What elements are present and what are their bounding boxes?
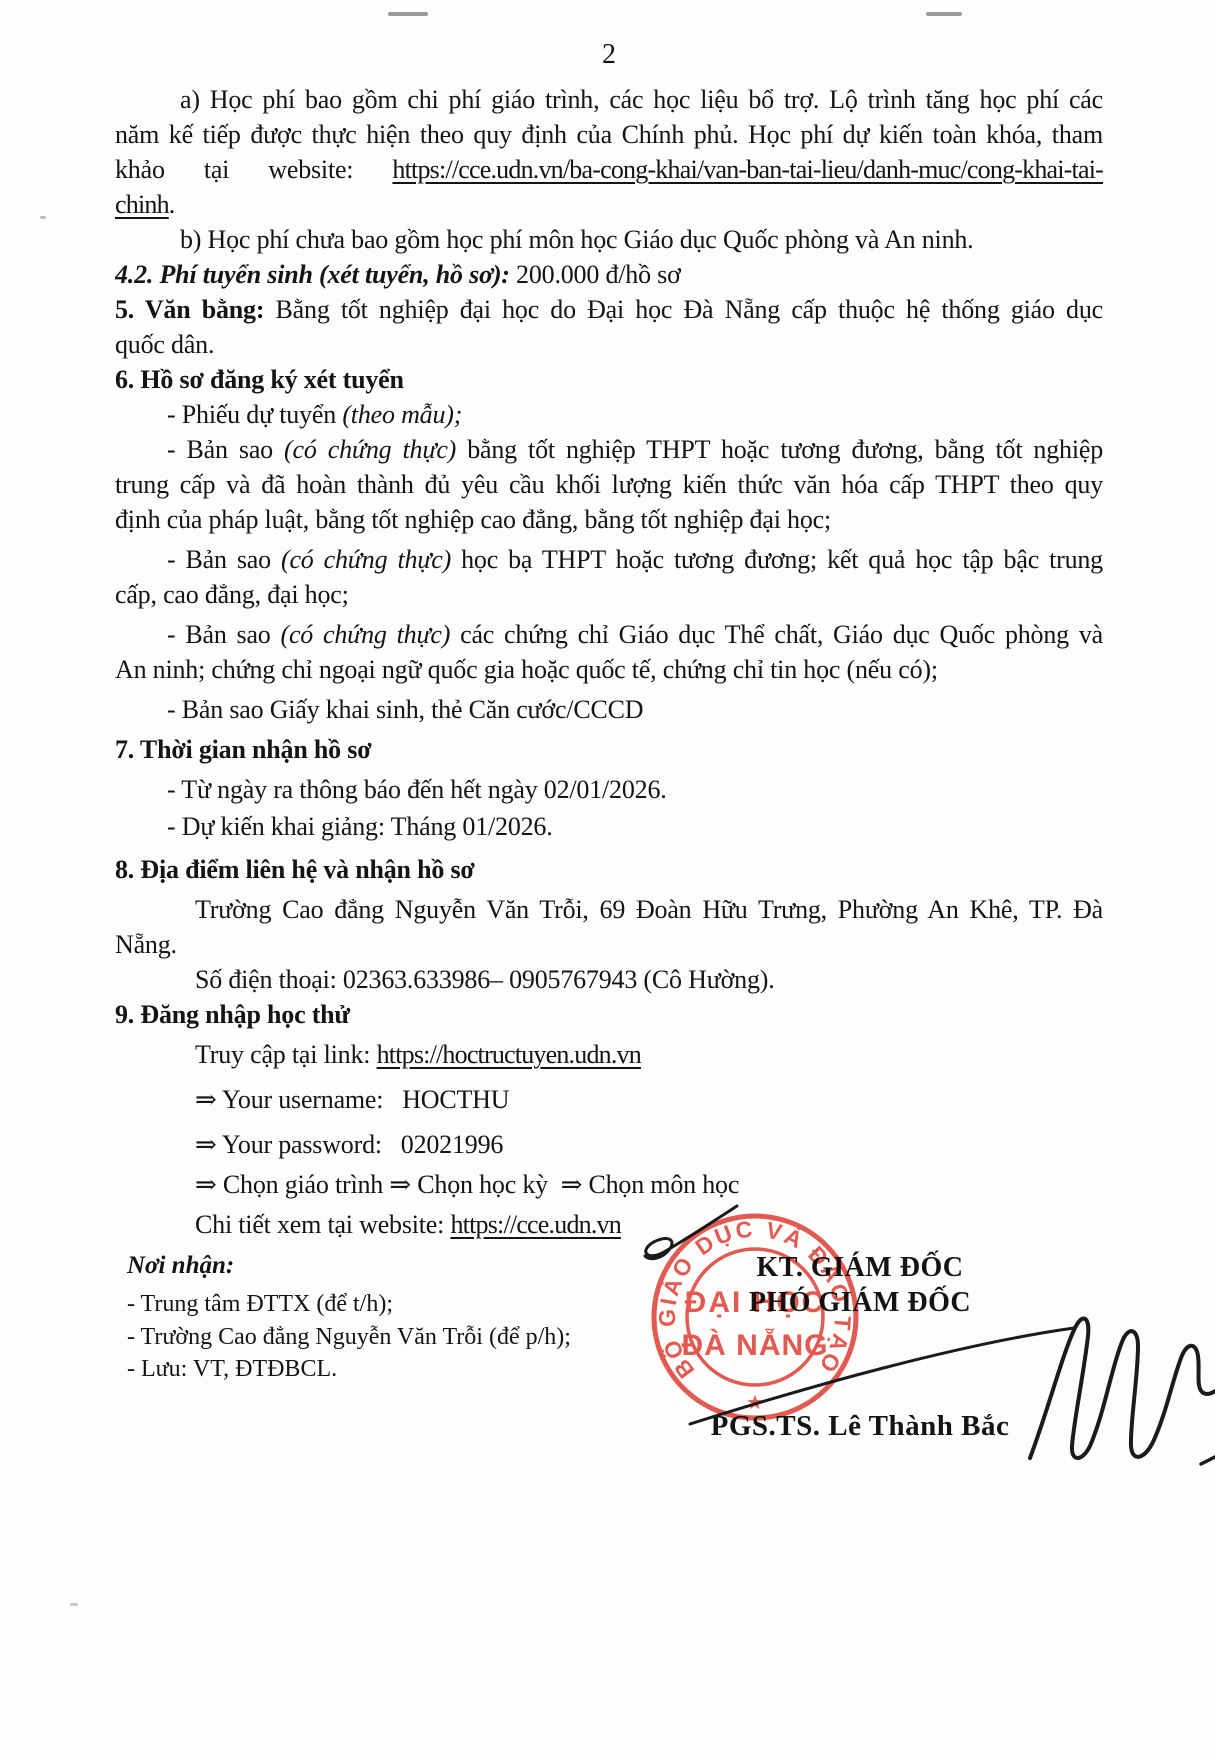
page-number: 2 (115, 40, 1103, 70)
text-segment: - Dự kiến khai giảng: Tháng 01/2026. (167, 812, 553, 841)
text-segment: 6. Hồ sơ đăng ký xét tuyển (115, 365, 404, 394)
bullet-diploma-copy: - Bản sao (có chứng thực) bằng tốt nghiệ… (115, 432, 1103, 537)
text-segment: ⇒ Your password: 02021996 (195, 1130, 503, 1159)
text-line: ⇒ Chọn giáo trình ⇒ Chọn học kỳ ⇒ Chọn m… (115, 1167, 1103, 1202)
text-line: - Bản sao (có chứng thực) các chứng chỉ … (115, 617, 1103, 652)
stamp-center-line2: ĐÀ NẴNG (682, 1327, 829, 1362)
section-7-heading: 7. Thời gian nhận hồ sơ (115, 732, 1103, 767)
bullet-application-form: - Phiếu dự tuyển (theo mẫu); (115, 397, 1103, 432)
text-line: Trường Cao đẳng Nguyễn Văn Trỗi, 69 Đoàn… (115, 892, 1103, 927)
text-line: chinh. (115, 187, 1103, 222)
text-line: a) Học phí bao gồm chi phí giáo trình, c… (115, 82, 1103, 117)
password-line: ⇒ Your password: 02021996 (115, 1127, 1103, 1162)
text-line: b) Học phí chưa bao gồm học phí môn học … (115, 222, 1103, 257)
text-segment: - Bản sao (167, 620, 281, 649)
text-line: cấp, cao đẳng, đại học; (115, 577, 1103, 612)
text-line: quốc dân. (115, 327, 1103, 362)
signer-name: PGS.TS. Lê Thành Bắc (650, 1410, 1070, 1443)
text-segment: cấp, cao đẳng, đại học; (115, 580, 349, 609)
text-line: trung cấp và đã hoàn thành đủ yêu cầu kh… (115, 467, 1103, 502)
recipients-label: Nơi nhận: (127, 1252, 234, 1280)
text-segment: (có chứng thực) (281, 545, 451, 574)
text-line: - Bản sao (có chứng thực) bằng tốt nghiệ… (115, 432, 1103, 467)
text-segment: 9. Đăng nhập học thử (115, 1000, 350, 1029)
text-segment: ⇒ Chọn giáo trình ⇒ Chọn học kỳ ⇒ Chọn m… (195, 1170, 739, 1199)
section-9-heading: 9. Đăng nhập học thử (115, 997, 1103, 1032)
text-line: - Phiếu dự tuyển (theo mẫu); (115, 397, 1103, 432)
document-page: 2 a) Học phí bao gồm chi phí giáo trình,… (0, 0, 1215, 1755)
text-line: khảo tại website: https://cce.udn.vn/ba-… (115, 152, 1103, 187)
section-4-2-fee: 4.2. Phí tuyển sinh (xét tuyển, hồ sơ): … (115, 257, 1103, 292)
trial-link-line: Truy cập tại link: https://hoctructuyen.… (115, 1037, 1103, 1072)
text-segment: năm kế tiếp được thực hiện theo quy định… (115, 120, 1103, 149)
text-segment: (có chứng thực) (284, 435, 456, 464)
text-line: 9. Đăng nhập học thử (115, 997, 1103, 1032)
text-line: ⇒ Your password: 02021996 (115, 1127, 1103, 1162)
text-line: 4.2. Phí tuyển sinh (xét tuyển, hồ sơ): … (115, 257, 1103, 292)
text-segment: (theo mẫu); (342, 400, 462, 429)
text-segment: - Phiếu dự tuyển (167, 400, 342, 429)
text-line: - Bản sao Giấy khai sinh, thẻ Căn cước/C… (115, 692, 1103, 727)
section-8-heading: 8. Địa điểm liên hệ và nhận hồ sơ (115, 852, 1103, 887)
text-segment: 4.2. Phí tuyển sinh (xét tuyển, hồ sơ): (115, 260, 510, 289)
text-line: Số điện thoại: 02363.633986– 0905767943 … (115, 962, 1103, 997)
text-segment: Trường Cao đẳng Nguyễn Văn Trỗi, 69 Đoàn… (195, 895, 1103, 924)
text-segment: các chứng chỉ Giáo dục Thể chất, Giáo dụ… (450, 620, 1103, 649)
text-segment: học bạ THPT hoặc tương đương; kết quả họ… (451, 545, 1103, 574)
text-segment: b) Học phí chưa bao gồm học phí môn học … (180, 225, 973, 254)
address-paragraph: Trường Cao đẳng Nguyễn Văn Trỗi, 69 Đoàn… (115, 892, 1103, 962)
username-line: ⇒ Your username: HOCTHU (115, 1082, 1103, 1117)
text-segment: - Từ ngày ra thông báo đến hết ngày 02/0… (167, 775, 667, 804)
deadline-line: - Từ ngày ra thông báo đến hết ngày 02/0… (115, 772, 1103, 807)
link[interactable]: https://hoctructuyen.udn.vn (377, 1040, 641, 1069)
text-segment: Truy cập tại link: (195, 1040, 377, 1069)
signer-title-kt-giam-doc: KT. GIÁM ĐỐC (650, 1252, 1070, 1284)
text-segment: trung cấp và đã hoàn thành đủ yêu cầu kh… (115, 470, 1103, 499)
steps-line: ⇒ Chọn giáo trình ⇒ Chọn học kỳ ⇒ Chọn m… (115, 1167, 1103, 1202)
text-segment: - Bản sao (167, 545, 281, 574)
text-line: 7. Thời gian nhận hồ sơ (115, 732, 1103, 767)
signer-title-pho-giam-doc: PHÓ GIÁM ĐỐC (650, 1287, 1070, 1319)
para-a-tuition: a) Học phí bao gồm chi phí giáo trình, c… (115, 82, 1103, 222)
scan-artifact-speck (70, 1603, 78, 1606)
phone-line: Số điện thoại: 02363.633986– 0905767943 … (115, 962, 1103, 997)
document-body: 2 a) Học phí bao gồm chi phí giáo trình,… (0, 0, 1215, 1242)
text-segment: 8. Địa điểm liên hệ và nhận hồ sơ (115, 855, 475, 884)
paragraph-container: a) Học phí bao gồm chi phí giáo trình, c… (115, 82, 1103, 1242)
text-segment: 5. Văn bằng: (115, 295, 264, 324)
details-website-line: Chi tiết xem tại website: https://cce.ud… (115, 1207, 1103, 1242)
text-line: - Dự kiến khai giảng: Tháng 01/2026. (115, 809, 1103, 844)
text-line: năm kế tiếp được thực hiện theo quy định… (115, 117, 1103, 152)
text-segment: - Bản sao (167, 435, 284, 464)
text-line: 6. Hồ sơ đăng ký xét tuyển (115, 362, 1103, 397)
text-segment: An ninh; chứng chỉ ngoại ngữ quốc gia ho… (115, 655, 938, 684)
text-line: ⇒ Your username: HOCTHU (115, 1082, 1103, 1117)
text-segment: (có chứng thực) (281, 620, 451, 649)
text-line: Nẵng. (115, 927, 1103, 962)
link[interactable]: chinh (115, 190, 169, 219)
text-segment: Chi tiết xem tại website: (195, 1210, 450, 1239)
text-segment: quốc dân. (115, 330, 214, 359)
text-line: 5. Văn bằng: Bằng tốt nghiệp đại học do … (115, 292, 1103, 327)
section-5-degree: 5. Văn bằng: Bằng tốt nghiệp đại học do … (115, 292, 1103, 362)
scan-artifact-dash (926, 12, 962, 16)
text-line: 8. Địa điểm liên hệ và nhận hồ sơ (115, 852, 1103, 887)
text-line: - Từ ngày ra thông báo đến hết ngày 02/0… (115, 772, 1103, 807)
section-6-heading: 6. Hồ sơ đăng ký xét tuyển (115, 362, 1103, 397)
text-line: định của pháp luật, bằng tốt nghiệp cao … (115, 502, 1103, 537)
opening-date-line: - Dự kiến khai giảng: Tháng 01/2026. (115, 809, 1103, 844)
text-segment: Số điện thoại: 02363.633986– 0905767943 … (195, 965, 775, 994)
text-segment: định của pháp luật, bằng tốt nghiệp cao … (115, 505, 831, 534)
text-segment: khảo tại website: (115, 155, 392, 184)
text-line: - Bản sao (có chứng thực) học bạ THPT ho… (115, 542, 1103, 577)
text-segment: bằng tốt nghiệp THPT hoặc tương đương, b… (456, 435, 1103, 464)
bullet-certificates-copy: - Bản sao (có chứng thực) các chứng chỉ … (115, 617, 1103, 687)
link[interactable]: https://cce.udn.vn/ba-cong-khai/van-ban-… (392, 155, 1103, 184)
text-line: An ninh; chứng chỉ ngoại ngữ quốc gia ho… (115, 652, 1103, 687)
text-segment: ⇒ Your username: HOCTHU (195, 1085, 509, 1114)
text-segment: a) Học phí bao gồm chi phí giáo trình, c… (180, 85, 1103, 114)
scan-artifact-dash (388, 12, 428, 16)
para-b-tuition-note: b) Học phí chưa bao gồm học phí môn học … (115, 222, 1103, 257)
bullet-birth-certificate: - Bản sao Giấy khai sinh, thẻ Căn cước/C… (115, 692, 1103, 727)
bullet-transcript-copy: - Bản sao (có chứng thực) học bạ THPT ho… (115, 542, 1103, 612)
scan-artifact-speck (40, 216, 46, 219)
text-segment: 7. Thời gian nhận hồ sơ (115, 735, 371, 764)
recipients-list: - Trung tâm ĐTTX (để t/h); - Trường Cao … (127, 1288, 571, 1386)
text-segment: Nẵng. (115, 930, 177, 959)
text-segment: 200.000 đ/hồ sơ (510, 260, 681, 289)
text-segment: . (169, 190, 175, 219)
text-segment: - Bản sao Giấy khai sinh, thẻ Căn cước/C… (167, 695, 643, 724)
link[interactable]: https://cce.udn.vn (450, 1210, 620, 1239)
text-line: Chi tiết xem tại website: https://cce.ud… (115, 1207, 1103, 1242)
text-line: Truy cập tại link: https://hoctructuyen.… (115, 1037, 1103, 1072)
text-segment: Bằng tốt nghiệp đại học do Đại học Đà Nẵ… (264, 295, 1103, 324)
